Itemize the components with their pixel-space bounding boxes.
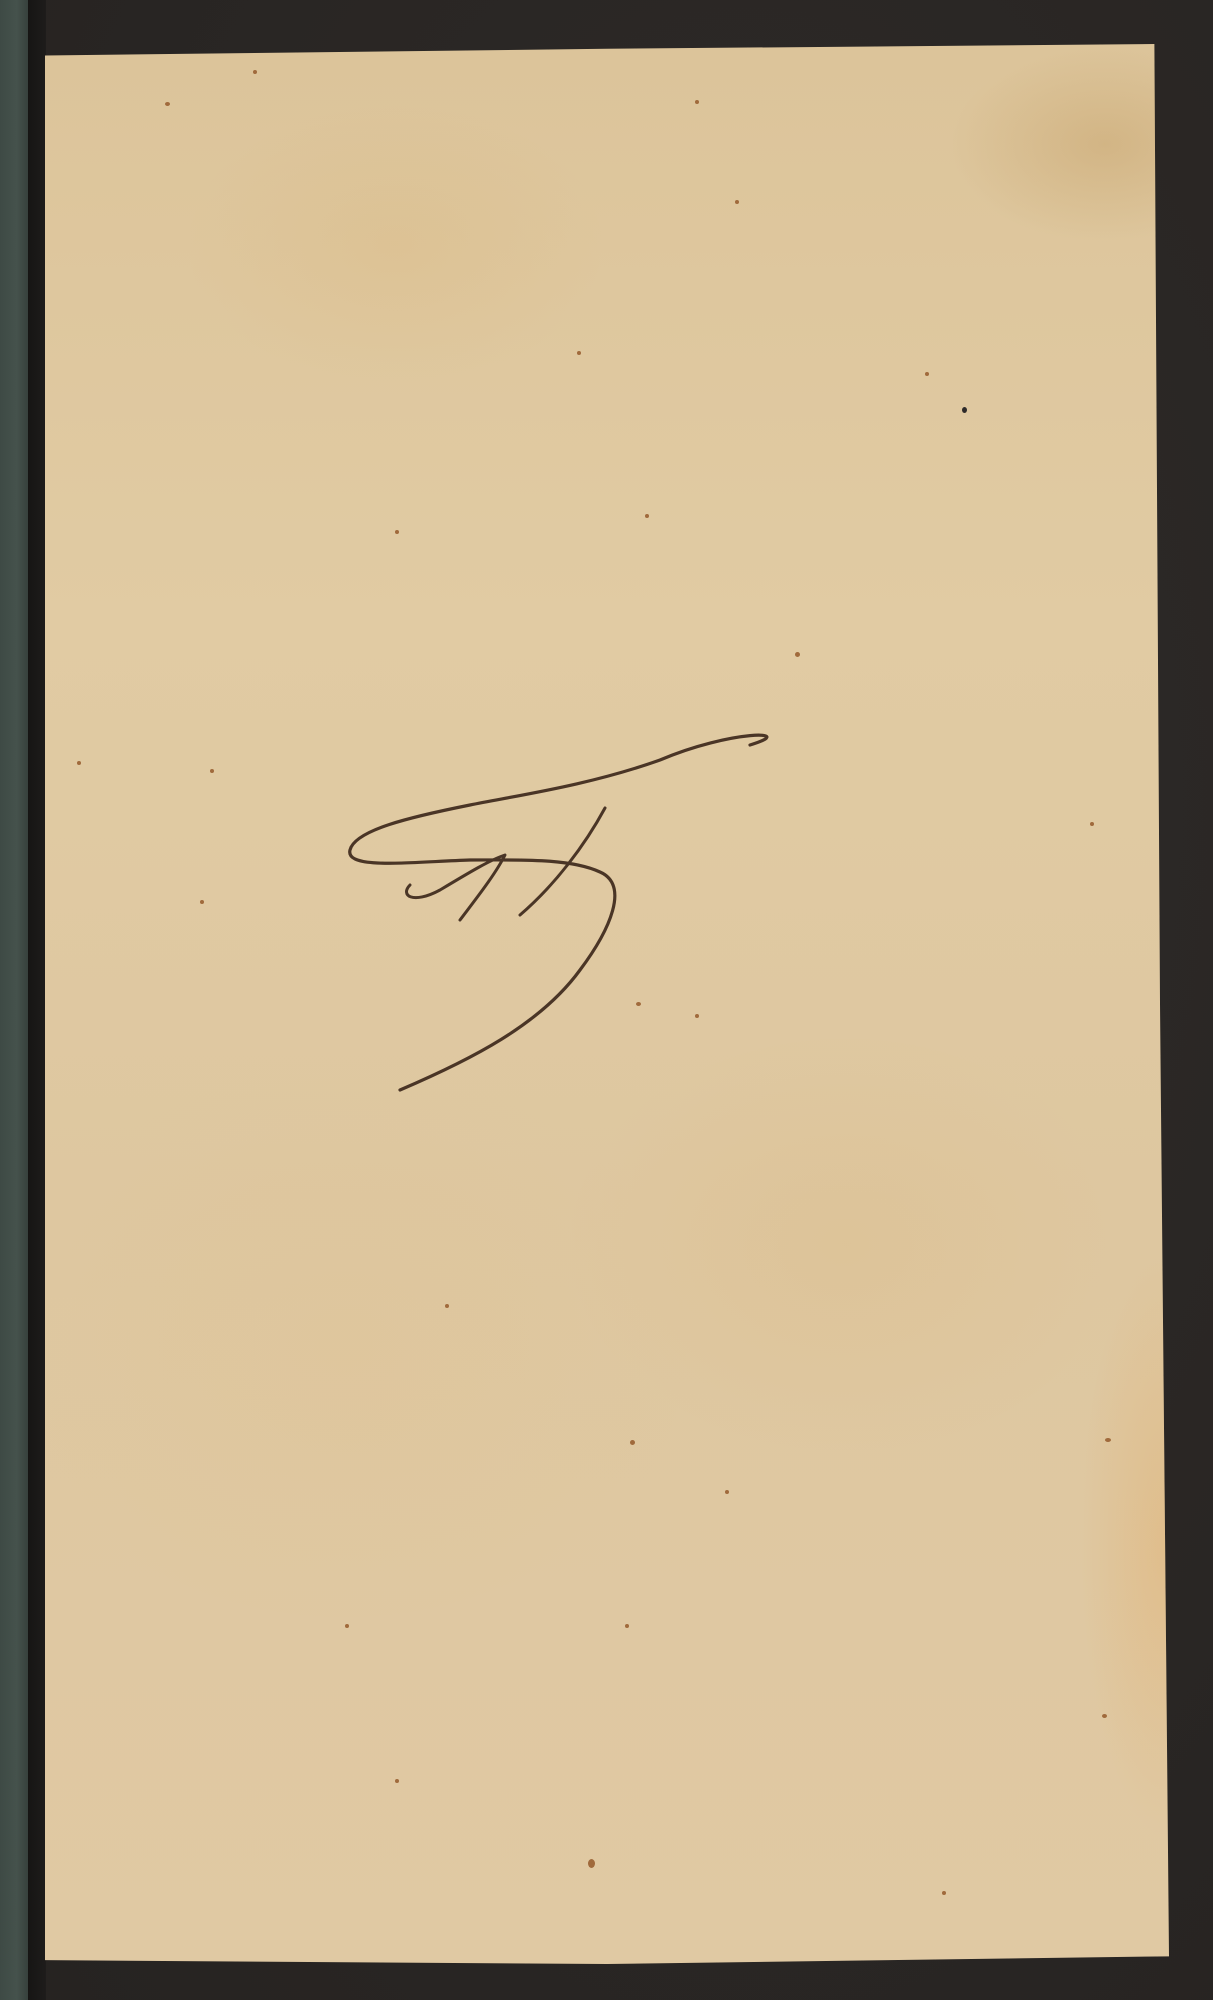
foxing-speck xyxy=(395,530,399,534)
foxing-speck xyxy=(645,514,649,518)
foxing-speck xyxy=(1090,822,1094,826)
foxing-speck xyxy=(735,200,739,204)
foxing-speck xyxy=(625,1624,629,1628)
binding-strip xyxy=(0,0,28,2000)
signature-flourish-icon xyxy=(330,700,780,1080)
scan-frame xyxy=(0,0,1213,2000)
foxing-speck xyxy=(345,1624,349,1628)
foxing-speck xyxy=(1105,1438,1111,1442)
foxing-speck xyxy=(445,1304,449,1308)
foxing-speck xyxy=(1102,1714,1107,1718)
foxing-speck xyxy=(962,407,967,413)
foxing-speck xyxy=(725,1490,729,1494)
foxing-speck xyxy=(925,372,929,376)
handwritten-signature xyxy=(330,700,780,1080)
foxing-speck xyxy=(630,1440,635,1445)
foxing-speck xyxy=(588,1859,595,1868)
foxing-speck xyxy=(77,761,81,765)
foxing-speck xyxy=(942,1891,946,1895)
foxing-speck xyxy=(253,70,257,74)
edge-shadow xyxy=(28,0,46,2000)
foxing-speck xyxy=(695,100,699,104)
foxing-speck xyxy=(395,1779,399,1783)
foxing-speck xyxy=(210,769,214,773)
foxing-speck xyxy=(577,351,581,355)
foxing-speck xyxy=(200,900,204,904)
foxing-speck xyxy=(795,652,800,657)
foxing-speck xyxy=(165,102,170,106)
